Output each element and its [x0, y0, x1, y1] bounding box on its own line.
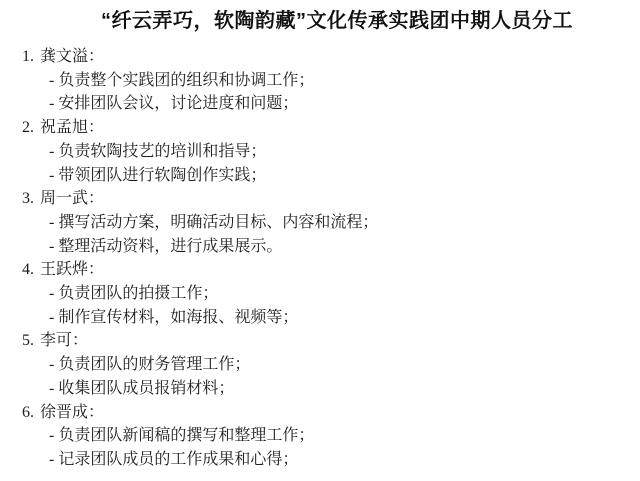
duty-line: - 负责团队的财务管理工作； [22, 353, 622, 377]
list-item: 6. 徐晋成： - 负责团队新闻稿的撰写和整理工作； - 记录团队成员的工作成果… [22, 401, 622, 472]
member-header: 4. 王跃烨： [22, 258, 622, 282]
duty-line: - 制作宣传材料，如海报、视频等； [22, 306, 622, 330]
duty-line: - 负责团队的拍摄工作； [22, 282, 622, 306]
duty-line: - 带领团队进行软陶创作实践； [22, 164, 622, 188]
duty-line: - 负责软陶技艺的培训和指导； [22, 140, 622, 164]
member-name: 徐晋成： [40, 401, 104, 425]
duty-line: - 整理活动资料，进行成果展示。 [22, 235, 622, 259]
duty-line: - 撰写活动方案，明确活动目标、内容和流程； [22, 211, 622, 235]
list-item: 5. 李可： - 负责团队的财务管理工作； - 收集团队成员报销材料； [22, 329, 622, 400]
list-item: 3. 周一武： - 撰写活动方案，明确活动目标、内容和流程； - 整理活动资料，… [22, 187, 622, 258]
document-page: “纤云弄巧，软陶韵藏”文化传承实践团中期人员分工 1. 龚文溢： - 负责整个实… [0, 0, 640, 481]
member-name: 王跃烨： [40, 258, 104, 282]
member-number: 4. [22, 258, 40, 282]
member-number: 1. [22, 45, 40, 69]
member-name: 李可： [40, 329, 88, 353]
member-header: 1. 龚文溢： [22, 45, 622, 69]
member-name: 龚文溢： [40, 45, 104, 69]
duty-line: - 收集团队成员报销材料； [22, 377, 622, 401]
member-name: 周一武： [40, 187, 104, 211]
page-title: “纤云弄巧，软陶韵藏”文化传承实践团中期人员分工 [22, 9, 622, 33]
duty-line: - 记录团队成员的工作成果和心得； [22, 448, 622, 472]
member-number: 5. [22, 329, 40, 353]
list-item: 2. 祝孟旭： - 负责软陶技艺的培训和指导； - 带领团队进行软陶创作实践； [22, 116, 622, 187]
member-number: 3. [22, 187, 40, 211]
member-assignment-list: 1. 龚文溢： - 负责整个实践团的组织和协调工作； - 安排团队会议，讨论进度… [22, 45, 622, 472]
member-header: 3. 周一武： [22, 187, 622, 211]
member-name: 祝孟旭： [40, 116, 104, 140]
duty-line: - 安排团队会议，讨论进度和问题； [22, 92, 622, 116]
member-header: 5. 李可： [22, 329, 622, 353]
list-item: 1. 龚文溢： - 负责整个实践团的组织和协调工作； - 安排团队会议，讨论进度… [22, 45, 622, 116]
duty-line: - 负责整个实践团的组织和协调工作； [22, 69, 622, 93]
member-number: 2. [22, 116, 40, 140]
member-header: 2. 祝孟旭： [22, 116, 622, 140]
list-item: 4. 王跃烨： - 负责团队的拍摄工作； - 制作宣传材料，如海报、视频等； [22, 258, 622, 329]
member-number: 6. [22, 401, 40, 425]
duty-line: - 负责团队新闻稿的撰写和整理工作； [22, 424, 622, 448]
member-header: 6. 徐晋成： [22, 401, 622, 425]
